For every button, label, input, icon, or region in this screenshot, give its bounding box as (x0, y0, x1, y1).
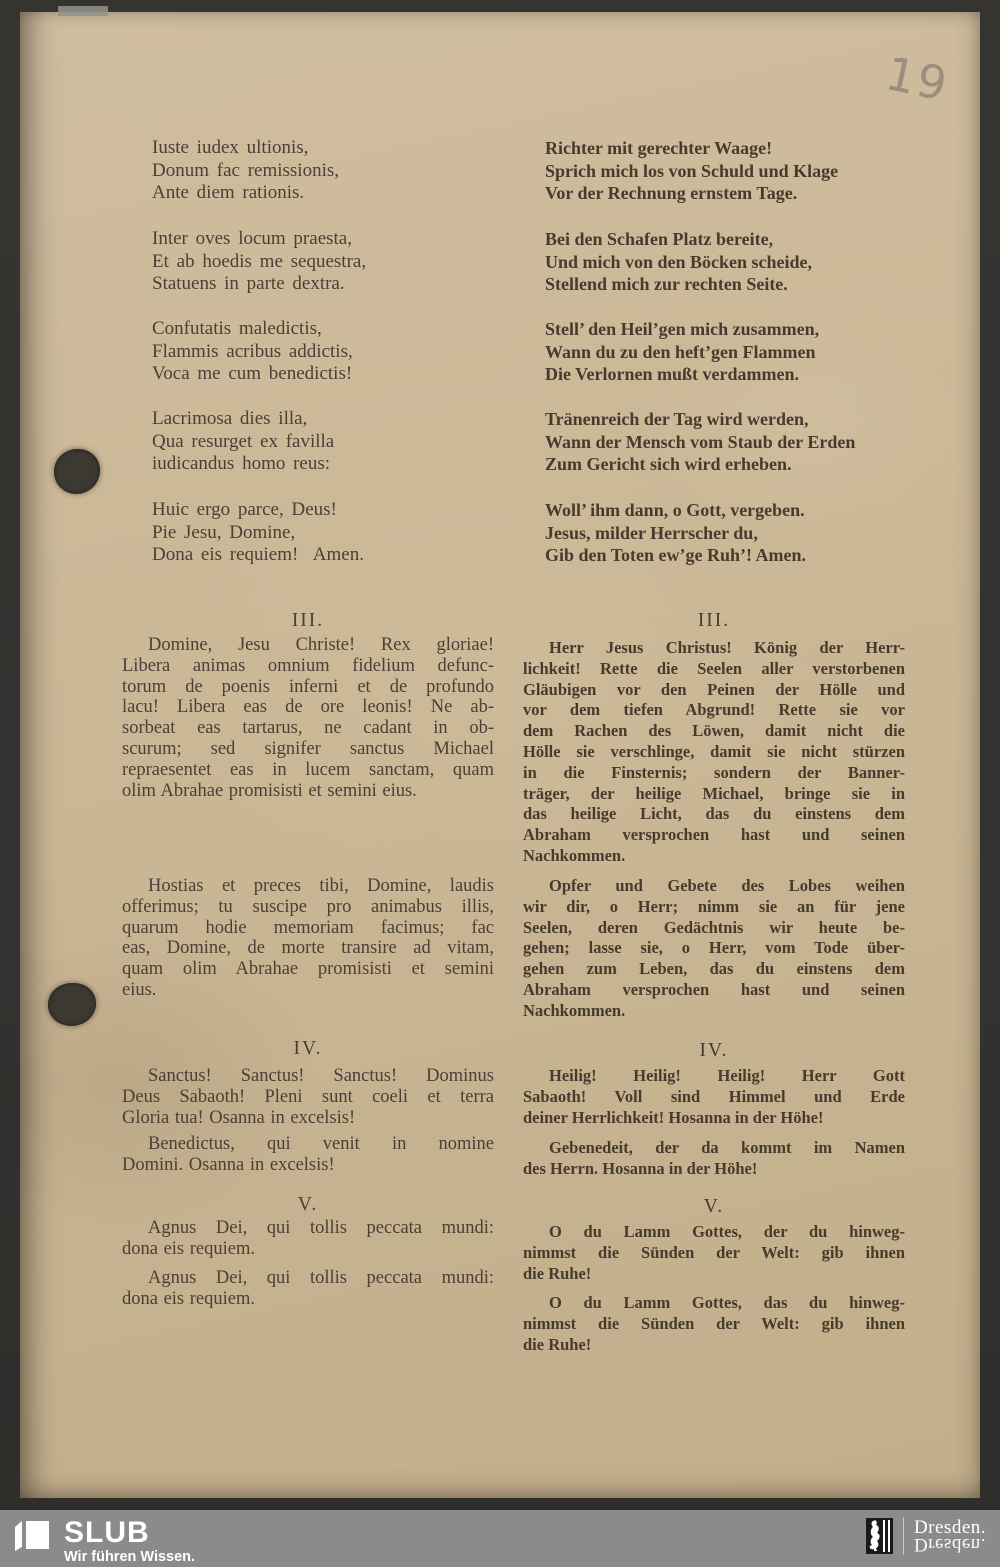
dresden-crest-icon (866, 1518, 893, 1554)
dresden-wordmark-mirrored: Dresden. (914, 1536, 986, 1553)
slub-logo: SLUB Wir führen Wissen. (14, 1518, 195, 1565)
latin-paragraph-benedictus: Benedictus, qui venit in nomineDomini. O… (122, 1134, 494, 1176)
latin-stanza-3: Confutatis maledictis,Flammis acribus ad… (122, 318, 494, 386)
latin-stanza-5: Huic ergo parce, Deus!Pie Jesu, Domine,D… (122, 499, 494, 567)
german-stanza-1: Richter mit gerechter Waage!Sprich mich … (523, 137, 905, 205)
german-stanza-4: Tränenreich der Tag wird werden,Wann der… (523, 408, 905, 476)
latin-paragraph-agnus-2: Agnus Dei, qui tollis peccata mundi:dona… (122, 1268, 494, 1310)
latin-paragraph-agnus-1: Agnus Dei, qui tollis peccata mundi:dona… (122, 1218, 494, 1260)
german-paragraph-heilig: Heilig! Heilig! Heilig! Herr GottSabaoth… (523, 1066, 905, 1128)
footer-bar: SLUB Wir führen Wissen. Dresden. Dresden… (0, 1510, 1000, 1567)
punch-hole (54, 449, 100, 494)
german-paragraph-lamm-2: O du Lamm Gottes, das du hinweg-nimmst d… (523, 1293, 905, 1355)
german-paragraph-opfer: Opfer und Gebete des Lobes weihenwir dir… (523, 876, 905, 1022)
german-paragraph-lamm-1: O du Lamm Gottes, der du hinweg-nimmst d… (523, 1222, 905, 1284)
german-section-heading-3: III. (523, 610, 905, 632)
latin-column: Iuste iudex ultionis,Donum fac remission… (122, 12, 494, 1498)
german-stanza-2: Bei den Schafen Platz bereite,Und mich v… (523, 228, 905, 296)
latin-section-heading-4: IV. (122, 1038, 494, 1060)
german-stanza-5: Woll’ ihm dann, o Gott, vergeben.Jesus, … (523, 499, 905, 567)
divider (903, 1517, 904, 1555)
german-paragraph-gebenedeit: Gebenedeit, der da kommt im Namendes Her… (523, 1138, 905, 1180)
punch-hole (48, 983, 96, 1026)
german-column: Richter mit gerechter Waage!Sprich mich … (523, 12, 905, 1498)
scan-background: 19 Iuste iudex ultionis,Donum fac remiss… (0, 0, 1000, 1567)
latin-stanza-1: Iuste iudex ultionis,Donum fac remission… (122, 137, 494, 205)
latin-section-heading-5: V. (122, 1194, 494, 1216)
scanned-page: 19 Iuste iudex ultionis,Donum fac remiss… (20, 12, 980, 1498)
slub-book-icon (14, 1521, 50, 1551)
latin-stanza-2: Inter oves locum praesta,Et ab hoedis me… (122, 228, 494, 296)
german-paragraph-3: Herr Jesus Christus! König der Herr-lich… (523, 638, 905, 867)
latin-paragraph-sanctus: Sanctus! Sanctus! Sanctus! DominusDeus S… (122, 1066, 494, 1128)
german-section-heading-4: IV. (523, 1040, 905, 1062)
dresden-logo: Dresden. Dresden. (866, 1517, 986, 1555)
latin-paragraph-3: Domine, Jesu Christe! Rex gloriae!Libera… (122, 635, 494, 801)
latin-section-heading-3: III. (122, 610, 494, 632)
tape-fragment (58, 6, 108, 16)
german-section-heading-5: V. (523, 1196, 905, 1218)
german-stanza-3: Stell’ den Heil’gen mich zusammen,Wann d… (523, 318, 905, 386)
latin-paragraph-hostias: Hostias et preces tibi, Domine, laudisof… (122, 876, 494, 1001)
latin-stanza-4: Lacrimosa dies illa,Qua resurget ex favi… (122, 408, 494, 476)
slub-tagline: Wir führen Wissen. (64, 1549, 195, 1565)
slub-wordmark: SLUB (64, 1518, 195, 1548)
